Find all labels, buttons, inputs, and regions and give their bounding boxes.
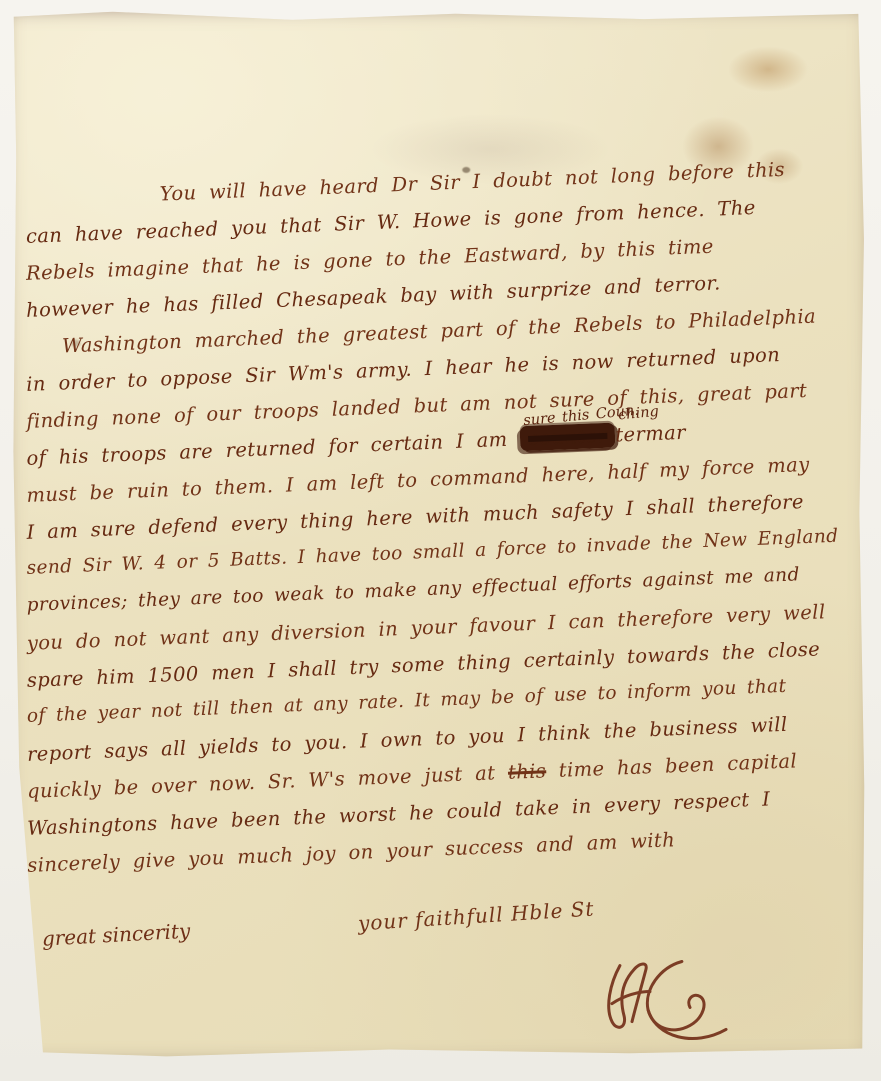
closing-signoff: your faithfull Hble St [357,896,595,935]
signature-hc-flourish [598,951,748,1041]
foxing-stain [728,46,808,92]
letter-closing: great sincerity your faithfull Hble St [28,901,856,959]
letter-body: You will have heard Dr Sir I doubt not l… [26,186,855,891]
struck-word: this [508,759,547,783]
interlined-note-anchor: termarching [615,421,686,447]
letter-text: You will have heard Dr Sir I doubt not l… [26,186,856,1043]
interlined-note-anchor: countersure this Coun. [520,424,616,451]
letter-page: You will have heard Dr Sir I doubt not l… [10,8,869,1062]
handwriting-text: termar [615,421,686,447]
signature-monogram [598,951,748,1041]
interlined-note: ching [618,405,660,423]
closing-valediction: great sincerity [41,919,190,951]
